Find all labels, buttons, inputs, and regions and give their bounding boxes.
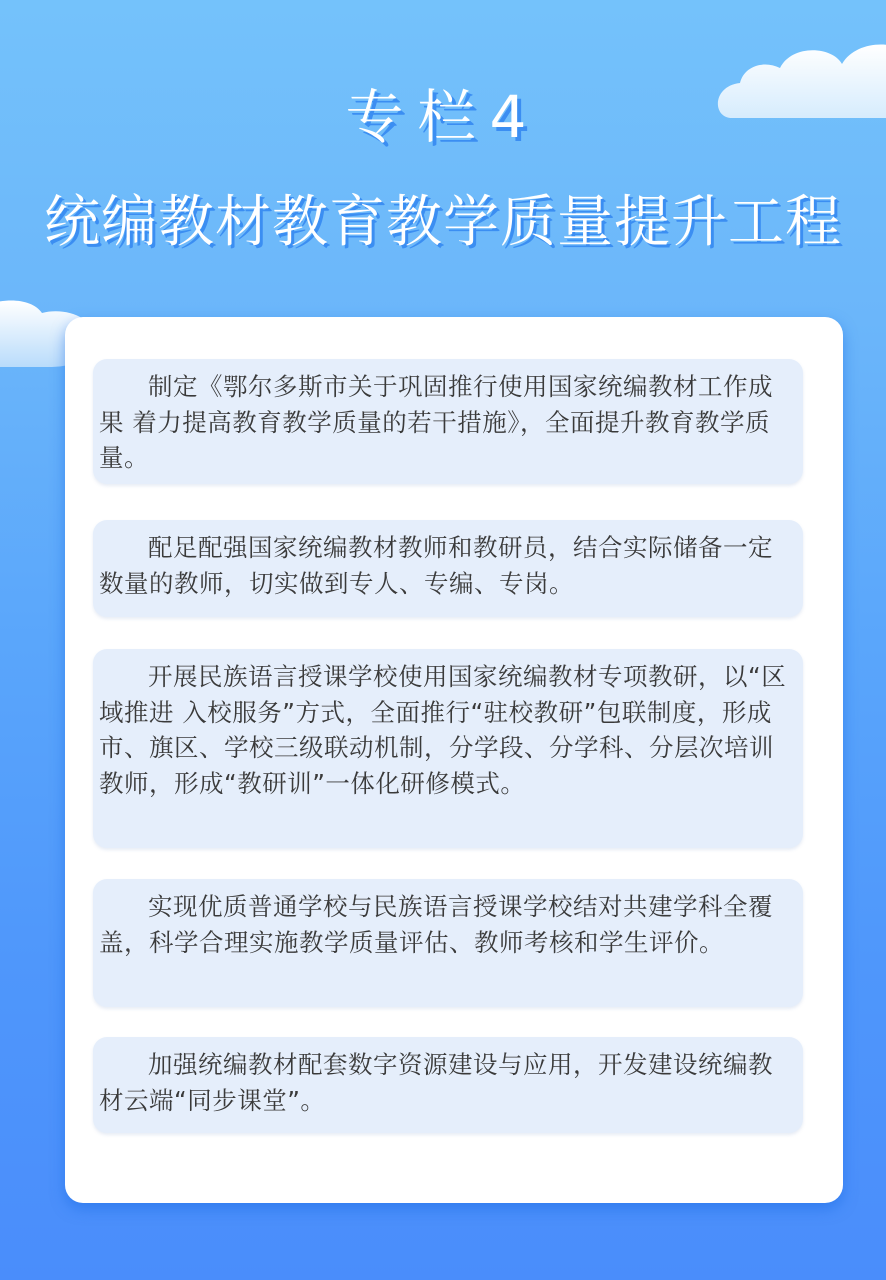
- list-item: 配足配强国家统编教材教师和教研员，结合实际储备一定数量的教师，切实做到专人、专编…: [93, 520, 803, 617]
- content-card: 制定《鄂尔多斯市关于巩固推行使用国家统编教材工作成果 着力提高教育教学质量的若干…: [65, 317, 843, 1203]
- list-item: 实现优质普通学校与民族语言授课学校结对共建学科全覆盖，科学合理实施教学质量评估、…: [93, 879, 803, 1007]
- list-item: 加强统编教材配套数字资源建设与应用，开发建设统编教材云端“同步课堂”。: [93, 1037, 803, 1133]
- page-title: 统编教材教育教学质量提升工程: [0, 178, 886, 258]
- list-item: 开展民族语言授课学校使用国家统编教材专项教研，以“区域推进 入校服务”方式，全面…: [93, 649, 803, 848]
- column-label: 专栏4: [0, 70, 886, 154]
- list-item: 制定《鄂尔多斯市关于巩固推行使用国家统编教材工作成果 着力提高教育教学质量的若干…: [93, 359, 803, 484]
